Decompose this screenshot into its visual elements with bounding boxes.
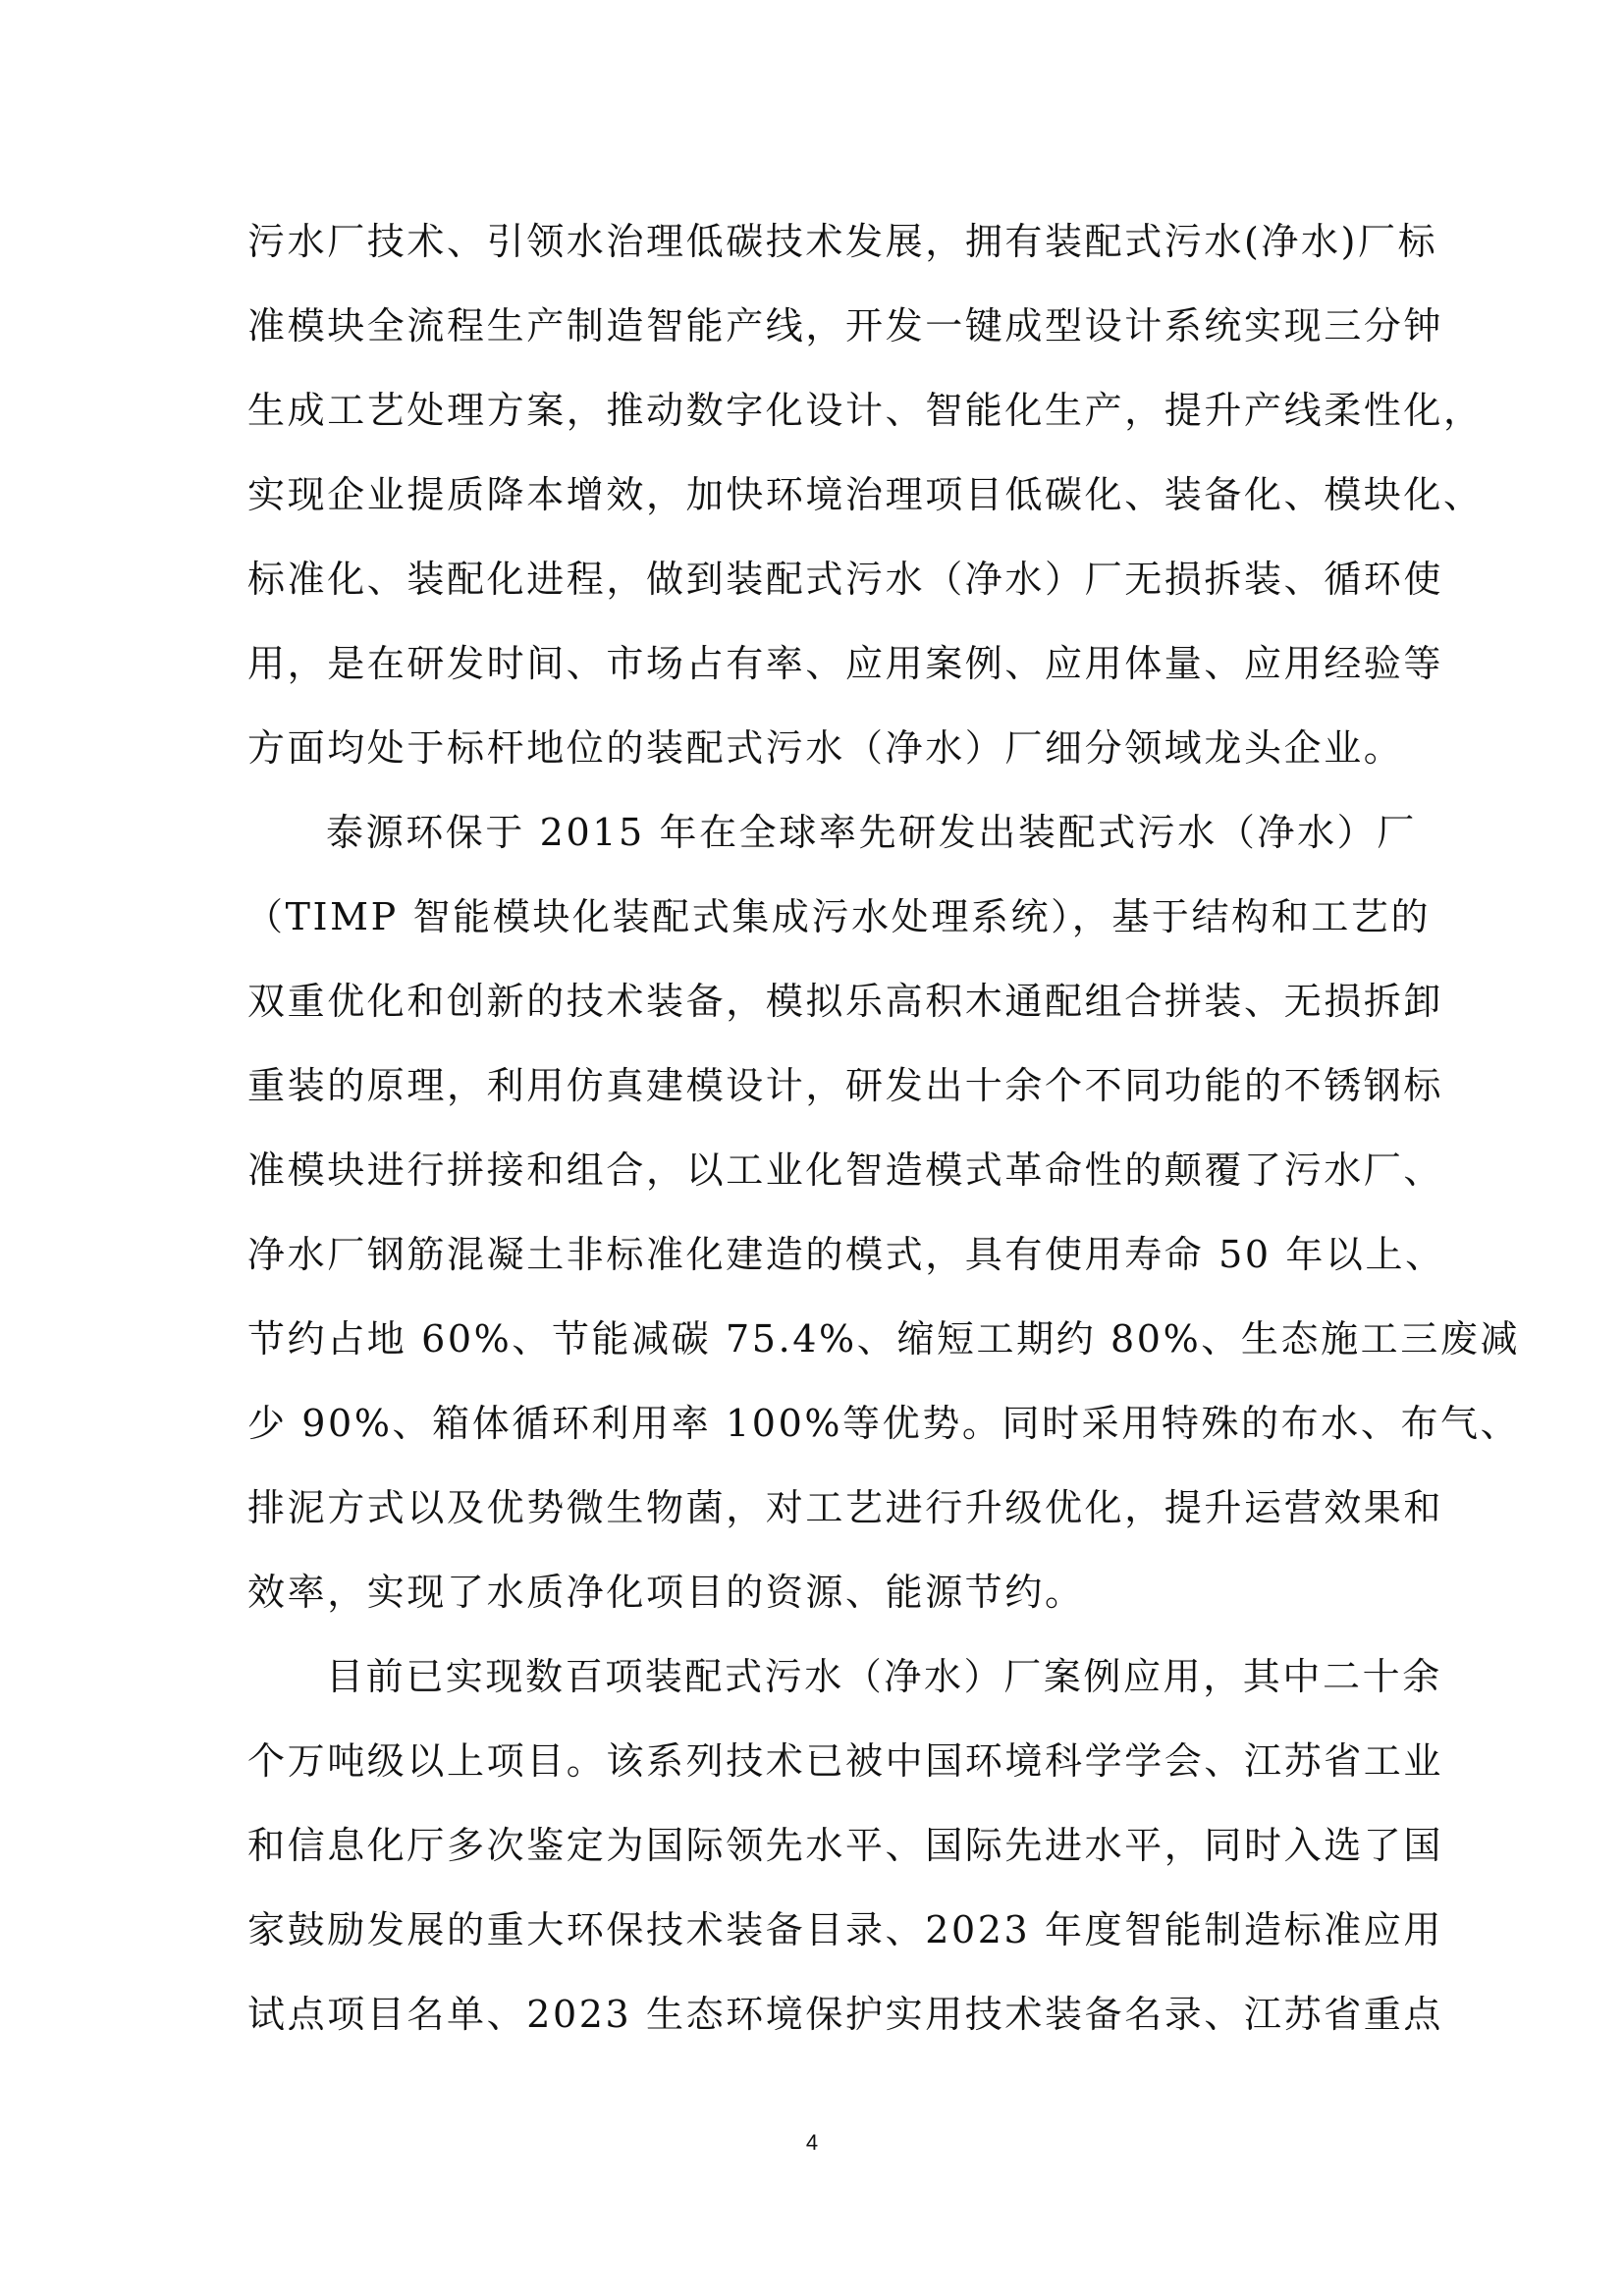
- text-line: 方面均处于标杆地位的装配式污水（净水）厂细分领域龙头企业。: [247, 722, 1386, 807]
- text-line: 家鼓励发展的重大环保技术装备目录、2023 年度智能制造标准应用: [247, 1904, 1386, 1989]
- text-line: 准模块全流程生产制造智能产线，开发一键成型设计系统实现三分钟: [247, 300, 1386, 385]
- text-line: 净水厂钢筋混凝土非标准化建造的模式，具有使用寿命 50 年以上、: [247, 1229, 1386, 1313]
- text-line-indented: 泰源环保于 2015 年在全球率先研发出装配式污水（净水）厂: [247, 807, 1386, 891]
- text-line: 重装的原理，利用仿真建模设计，研发出十余个不同功能的不锈钢标: [247, 1060, 1386, 1145]
- text-line: 少 90%、箱体循环利用率 100%等优势。同时采用特殊的布水、布气、: [247, 1398, 1386, 1482]
- text-line: 标准化、装配化进程，做到装配式污水（净水）厂无损拆装、循环使: [247, 554, 1386, 638]
- text-line: 效率，实现了水质净化项目的资源、能源节约。: [247, 1567, 1386, 1651]
- text-line: （TIMP 智能模块化装配式集成污水处理系统），基于结构和工艺的: [245, 891, 1386, 976]
- body-text: 污水厂技术、引领水治理低碳技术发展，拥有装配式污水(净水)厂标 准模块全流程生产…: [247, 216, 1386, 2073]
- text-line-indented: 目前已实现数百项装配式污水（净水）厂案例应用，其中二十余: [247, 1651, 1386, 1735]
- page-number: 4: [0, 2130, 1624, 2156]
- text-line: 节约占地 60%、节能减碳 75.4%、缩短工期约 80%、生态施工三废减: [247, 1313, 1386, 1398]
- text-line: 排泥方式以及优势微生物菌，对工艺进行升级优化，提升运营效果和: [247, 1482, 1386, 1567]
- text-line: 和信息化厅多次鉴定为国际领先水平、国际先进水平，同时入选了国: [247, 1820, 1386, 1904]
- document-page: 污水厂技术、引领水治理低碳技术发展，拥有装配式污水(净水)厂标 准模块全流程生产…: [0, 0, 1624, 2296]
- text-line: 准模块进行拼接和组合，以工业化智造模式革命性的颠覆了污水厂、: [247, 1145, 1386, 1229]
- text-line: 双重优化和创新的技术装备，模拟乐高积木通配组合拼装、无损拆卸: [247, 976, 1386, 1060]
- paragraph-3: 目前已实现数百项装配式污水（净水）厂案例应用，其中二十余 个万吨级以上项目。该系…: [247, 1651, 1386, 2073]
- text-line: 用，是在研发时间、市场占有率、应用案例、应用体量、应用经验等: [247, 638, 1386, 722]
- text-line: 污水厂技术、引领水治理低碳技术发展，拥有装配式污水(净水)厂标: [247, 216, 1386, 300]
- text-line: 试点项目名单、2023 生态环境保护实用技术装备名录、江苏省重点: [247, 1989, 1386, 2073]
- text-line: 生成工艺处理方案，推动数字化设计、智能化生产，提升产线柔性化，: [247, 385, 1386, 469]
- paragraph-2: 泰源环保于 2015 年在全球率先研发出装配式污水（净水）厂 （TIMP 智能模…: [247, 807, 1386, 1651]
- text-line: 实现企业提质降本增效，加快环境治理项目低碳化、装备化、模块化、: [247, 469, 1386, 554]
- paragraph-1: 污水厂技术、引领水治理低碳技术发展，拥有装配式污水(净水)厂标 准模块全流程生产…: [247, 216, 1386, 807]
- text-line: 个万吨级以上项目。该系列技术已被中国环境科学学会、江苏省工业: [247, 1735, 1386, 1820]
